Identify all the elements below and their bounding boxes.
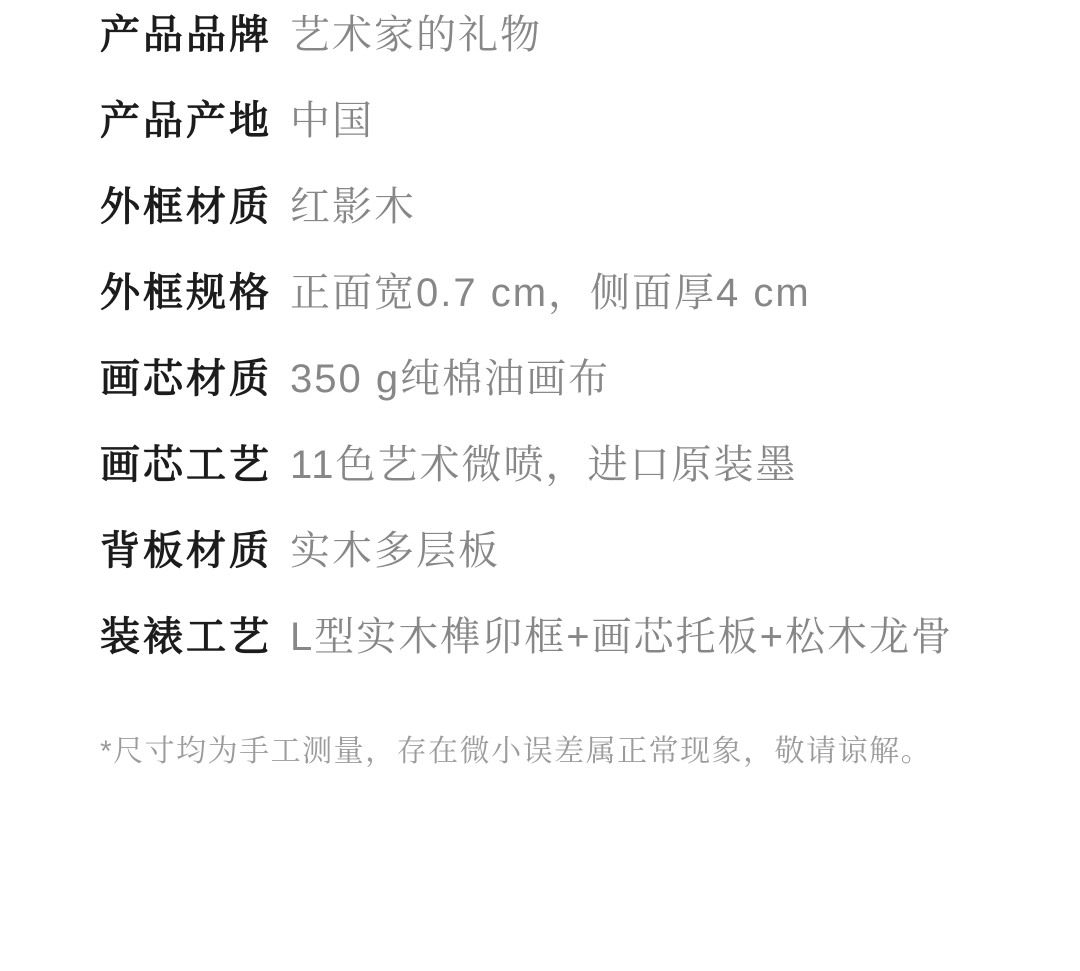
spec-value-canvas-material: 350 g纯棉油画布	[290, 358, 610, 400]
spec-label-canvas-process: 画芯工艺	[100, 444, 290, 486]
product-spec-list: 产品品牌 艺术家的礼物 产品产地 中国 外框材质 红影木 外框规格 正面宽0.7…	[0, 0, 1080, 768]
spec-value-origin: 中国	[290, 100, 374, 142]
spec-row-origin: 产品产地 中国	[100, 100, 1040, 186]
spec-row-brand: 产品品牌 艺术家的礼物	[100, 14, 1040, 100]
spec-row-canvas-process: 画芯工艺 11色艺术微喷，进口原装墨	[100, 444, 1040, 530]
spec-row-mounting-process: 装裱工艺 L型实木榫卯框+画芯托板+松木龙骨	[100, 616, 1040, 702]
spec-label-frame-material: 外框材质	[100, 186, 290, 228]
spec-value-backboard-material: 实木多层板	[290, 530, 500, 572]
spec-row-backboard-material: 背板材质 实木多层板	[100, 530, 1040, 616]
spec-value-brand: 艺术家的礼物	[290, 14, 542, 56]
spec-label-brand: 产品品牌	[100, 14, 290, 56]
spec-row-frame-material: 外框材质 红影木	[100, 186, 1040, 272]
spec-label-mounting-process: 装裱工艺	[100, 616, 290, 658]
spec-label-frame-size: 外框规格	[100, 272, 290, 314]
spec-label-origin: 产品产地	[100, 100, 290, 142]
spec-value-frame-material: 红影木	[290, 186, 416, 228]
spec-value-mounting-process: L型实木榫卯框+画芯托板+松木龙骨	[290, 616, 953, 658]
spec-value-canvas-process: 11色艺术微喷，进口原装墨	[290, 444, 798, 486]
spec-row-canvas-material: 画芯材质 350 g纯棉油画布	[100, 358, 1040, 444]
measurement-disclaimer: *尺寸均为手工测量，存在微小误差属正常现象，敬请谅解。	[100, 735, 1040, 768]
spec-row-frame-size: 外框规格 正面宽0.7 cm，侧面厚4 cm	[100, 272, 1040, 358]
spec-value-frame-size: 正面宽0.7 cm，侧面厚4 cm	[290, 272, 811, 314]
spec-label-canvas-material: 画芯材质	[100, 358, 290, 400]
spec-label-backboard-material: 背板材质	[100, 530, 290, 572]
